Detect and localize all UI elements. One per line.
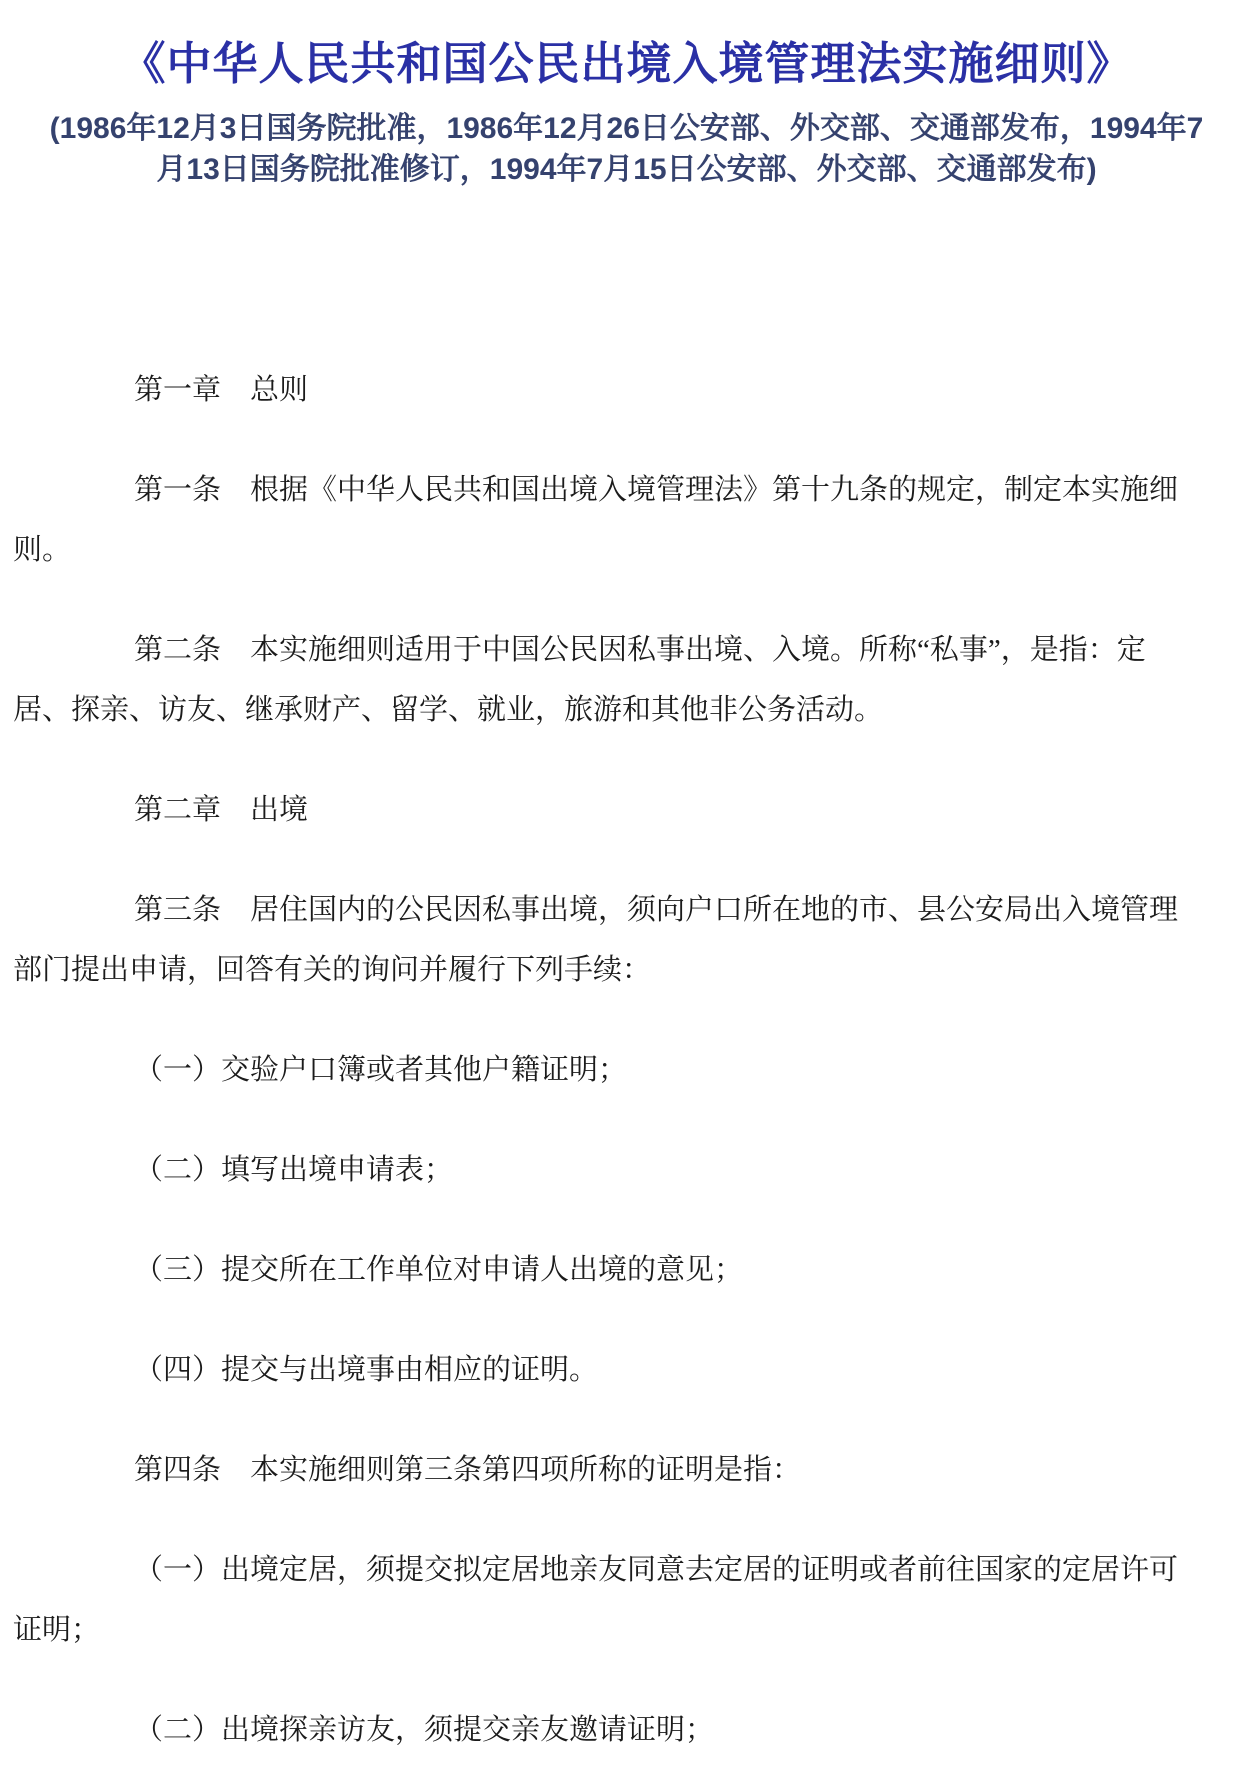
paragraph-line: （一）交验户口簿或者其他户籍证明； xyxy=(13,1040,1240,1100)
paragraph: 第四条 本实施细则第三条第四项所称的证明是指： xyxy=(13,1440,1240,1500)
paragraph: （四）提交与出境事由相应的证明。 xyxy=(13,1340,1240,1400)
paragraph: （二）填写出境申请表； xyxy=(13,1140,1240,1200)
paragraph-line: 第四条 本实施细则第三条第四项所称的证明是指： xyxy=(13,1440,1240,1500)
paragraph-line: 第一章 总则 xyxy=(13,360,1240,420)
chapter-heading: 第二章 出境 xyxy=(13,780,1240,840)
document-body: 第一章 总则第一条 根据《中华人民共和国出境入境管理法》第十九条的规定，制定本实… xyxy=(13,360,1240,1760)
paragraph: （二）出境探亲访友，须提交亲友邀请证明； xyxy=(13,1700,1240,1760)
paragraph-line: （三）提交所在工作单位对申请人出境的意见； xyxy=(13,1240,1240,1300)
paragraph-line: （一）出境定居，须提交拟定居地亲友同意去定居的证明或者前往国家的定居许可 xyxy=(13,1540,1240,1600)
subtitle-line: (1986年12月3日国务院批准，1986年12月26日公安部、外交部、交通部发… xyxy=(13,108,1240,149)
paragraph-line: 则。 xyxy=(13,520,1240,580)
paragraph-line: 第二章 出境 xyxy=(13,780,1240,840)
law-document-page: 《中华人民共和国公民出境入境管理法实施细则》 (1986年12月3日国务院批准，… xyxy=(0,0,1260,1760)
subtitle-line: 月13日国务院批准修订，1994年7月15日公安部、外交部、交通部发布) xyxy=(13,149,1240,190)
paragraph-line: 部门提出申请，回答有关的询问并履行下列手续： xyxy=(13,940,1240,1000)
paragraph-line: 第三条 居住国内的公民因私事出境，须向户口所在地的市、县公安局出入境管理 xyxy=(13,880,1240,940)
paragraph: （一）出境定居，须提交拟定居地亲友同意去定居的证明或者前往国家的定居许可证明； xyxy=(13,1540,1240,1660)
paragraph-line: 第二条 本实施细则适用于中国公民因私事出境、入境。所称“私事”，是指：定 xyxy=(13,620,1240,680)
paragraph: 第一条 根据《中华人民共和国出境入境管理法》第十九条的规定，制定本实施细则。 xyxy=(13,460,1240,580)
paragraph-line: 第一条 根据《中华人民共和国出境入境管理法》第十九条的规定，制定本实施细 xyxy=(13,460,1240,520)
document-subtitle: (1986年12月3日国务院批准，1986年12月26日公安部、外交部、交通部发… xyxy=(13,108,1240,190)
paragraph: 第三条 居住国内的公民因私事出境，须向户口所在地的市、县公安局出入境管理部门提出… xyxy=(13,880,1240,1000)
paragraph: 第二条 本实施细则适用于中国公民因私事出境、入境。所称“私事”，是指：定居、探亲… xyxy=(13,620,1240,740)
paragraph: （一）交验户口簿或者其他户籍证明； xyxy=(13,1040,1240,1100)
chapter-heading: 第一章 总则 xyxy=(13,360,1240,420)
paragraph-line: （四）提交与出境事由相应的证明。 xyxy=(13,1340,1240,1400)
paragraph: （三）提交所在工作单位对申请人出境的意见； xyxy=(13,1240,1240,1300)
page-title: 《中华人民共和国公民出境入境管理法实施细则》 xyxy=(13,36,1240,92)
paragraph-line: 证明； xyxy=(13,1600,1240,1660)
paragraph-line: 居、探亲、访友、继承财产、留学、就业，旅游和其他非公务活动。 xyxy=(13,680,1240,740)
paragraph-line: （二）出境探亲访友，须提交亲友邀请证明； xyxy=(13,1700,1240,1760)
paragraph-line: （二）填写出境申请表； xyxy=(13,1140,1240,1200)
